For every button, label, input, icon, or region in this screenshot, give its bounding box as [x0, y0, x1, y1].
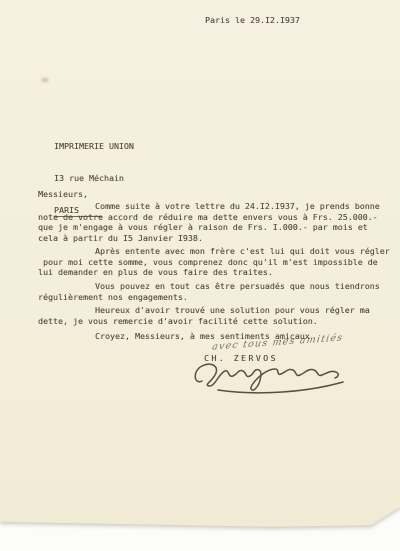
text-line: Après entente avec mon frère c'est lui q… [38, 246, 392, 257]
text-line: Vous pouvez en tout cas être persuadés q… [38, 281, 392, 292]
paragraph: Après entente avec mon frère c'est lui q… [38, 246, 392, 278]
letter-body: Comme suite à votre lettre du 24.I2.I937… [0, 0, 400, 551]
letter-paper: Paris le 29.I2.I937 IMPRIMERIE UNION I3 … [0, 0, 400, 551]
handwritten-signature-icon [188, 357, 356, 397]
text-line: pour moi cette somme, vous comprenez don… [38, 257, 392, 268]
paper-wrap: Paris le 29.I2.I937 IMPRIMERIE UNION I3 … [0, 0, 400, 551]
text-line: Comme suite à votre lettre du 24.I2.I937… [38, 201, 392, 212]
paragraph: Vous pouvez en tout cas être persuadés q… [38, 281, 392, 302]
text-line: régulièrement nos engagements. [38, 292, 392, 303]
text-line: Heureux d'avoir trouvé une solution pour… [38, 305, 392, 316]
text-line: note de votre accord de réduire ma dette… [38, 212, 392, 223]
paragraph: Comme suite à votre lettre du 24.I2.I937… [38, 201, 392, 243]
letter-scan: Paris le 29.I2.I937 IMPRIMERIE UNION I3 … [0, 0, 400, 551]
paragraph: Heureux d'avoir trouvé une solution pour… [38, 305, 392, 326]
text-line: lui demander en plus de vous faire des t… [38, 267, 392, 278]
text-line: cela à partir du I5 Janvier I938. [38, 233, 392, 244]
text-line: dette, je vous remercie d'avoir facilité… [38, 316, 392, 327]
text-line: que je m'engage à vous régler à raison d… [38, 222, 392, 233]
